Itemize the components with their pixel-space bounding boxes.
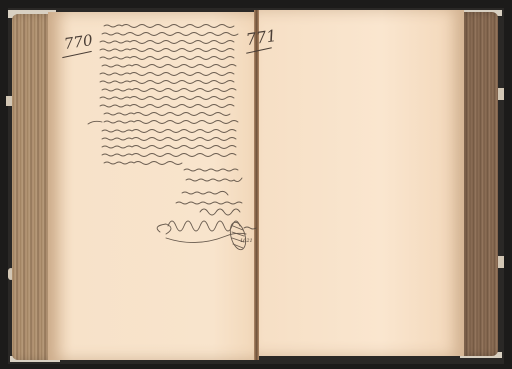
manuscript-photo: 770 771: [0, 0, 512, 369]
gutter: [254, 10, 259, 360]
page-block-right: [458, 12, 498, 356]
signature-year: 1621: [240, 238, 253, 244]
page-right: [258, 10, 464, 356]
page-left: [48, 12, 254, 360]
